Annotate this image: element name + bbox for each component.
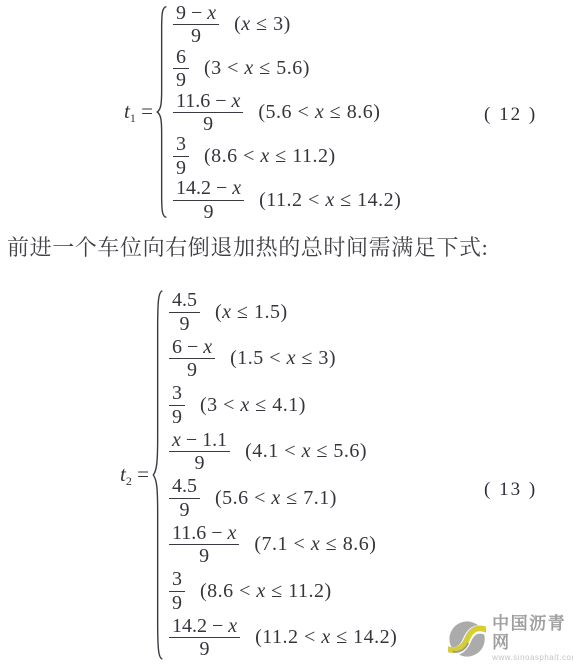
left-brace-icon: [151, 288, 165, 662]
equation-13-number: ( 13 ): [484, 479, 537, 501]
case-condition: (3 < x ≤ 5.6): [204, 57, 310, 80]
watermark: 中国沥青网 www.sinoasphalt.com: [448, 615, 573, 662]
case-condition: (7.1 < x ≤ 8.6): [254, 533, 376, 556]
fraction-numerator: 3: [169, 569, 185, 591]
fraction-numerator: 3: [173, 134, 189, 156]
piecewise-case: 39(3 < x ≤ 4.1): [169, 382, 397, 429]
fraction-numerator: 3: [169, 383, 185, 405]
fraction: 11.6 − x9: [169, 523, 239, 567]
fraction-denominator: 9: [169, 545, 239, 566]
fraction-numerator: 4.5: [169, 476, 200, 498]
fraction-numerator: 6: [173, 47, 189, 69]
fraction-denominator: 9: [173, 25, 219, 46]
equation-12-lhs: t1 =: [124, 99, 153, 126]
case-condition: (11.2 < x ≤ 14.2): [255, 626, 397, 649]
piecewise-case: 11.6 − x9(5.6 < x ≤ 8.6): [173, 91, 401, 135]
equation-13-cases: 4.59(x ≤ 1.5)6 − x9(1.5 < x ≤ 3)39(3 < x…: [169, 289, 397, 661]
fraction-denominator: 9: [173, 201, 244, 222]
fraction-denominator: 9: [173, 157, 189, 178]
piecewise-case: 6 − x9(1.5 < x ≤ 3): [169, 336, 397, 383]
fraction-denominator: 9: [173, 69, 189, 90]
case-condition: (4.1 < x ≤ 5.6): [245, 440, 367, 463]
fraction-denominator: 9: [169, 499, 200, 520]
fraction: 4.59: [169, 290, 200, 334]
piecewise-case: 4.59(5.6 < x ≤ 7.1): [169, 475, 397, 522]
equation-12-block: t1 = 9 − x9(x ≤ 3)69(3 < x ≤ 5.6)11.6 − …: [124, 3, 401, 222]
fraction: 14.2 − x9: [173, 178, 244, 222]
case-condition: (x ≤ 3): [234, 13, 291, 36]
fraction-numerator: 9 − x: [173, 3, 219, 25]
case-condition: (x ≤ 1.5): [215, 301, 288, 324]
fraction: 39: [169, 383, 185, 427]
fraction: 4.59: [169, 476, 200, 520]
fraction: 6 − x9: [169, 337, 215, 381]
fraction: 9 − x9: [173, 3, 219, 47]
fraction: 39: [169, 569, 185, 613]
case-condition: (5.6 < x ≤ 7.1): [215, 487, 337, 510]
fraction-denominator: 9: [169, 638, 240, 659]
piecewise-case: 4.59(x ≤ 1.5): [169, 289, 397, 336]
left-brace-icon: [155, 5, 169, 219]
fraction-denominator: 9: [169, 406, 185, 427]
fraction-numerator: 11.6 − x: [173, 91, 243, 113]
fraction: 11.6 − x9: [173, 91, 243, 135]
fraction-numerator: 11.6 − x: [169, 523, 239, 545]
watermark-site-url: www.sinoasphalt.com: [492, 653, 573, 662]
fraction-numerator: 14.2 − x: [173, 178, 244, 200]
fraction-denominator: 9: [169, 313, 200, 334]
equation-12-number: ( 12 ): [484, 104, 537, 126]
sinoasphalt-logo-icon: [448, 619, 486, 659]
case-condition: (3 < x ≤ 4.1): [200, 394, 306, 417]
case-condition: (11.2 < x ≤ 14.2): [259, 189, 401, 212]
fraction-denominator: 9: [173, 113, 243, 134]
case-condition: (8.6 < x ≤ 11.2): [200, 580, 332, 603]
fraction: 14.2 − x9: [169, 616, 240, 660]
fraction-denominator: 9: [169, 452, 230, 473]
fraction-numerator: x − 1.1: [169, 430, 230, 452]
piecewise-case: x − 1.19(4.1 < x ≤ 5.6): [169, 429, 397, 476]
case-condition: (5.6 < x ≤ 8.6): [258, 101, 380, 124]
watermark-text: 中国沥青网 www.sinoasphalt.com: [492, 615, 573, 662]
piecewise-case: 14.2 − x9(11.2 < x ≤ 14.2): [169, 615, 397, 662]
fraction: 69: [173, 47, 189, 91]
case-condition: (1.5 < x ≤ 3): [230, 347, 336, 370]
piecewise-case: 39(8.6 < x ≤ 11.2): [173, 134, 401, 178]
piecewise-case: 9 − x9(x ≤ 3): [173, 3, 401, 47]
fraction-denominator: 9: [169, 359, 215, 380]
equation-12-cases: 9 − x9(x ≤ 3)69(3 < x ≤ 5.6)11.6 − x9(5.…: [173, 3, 401, 222]
equation-13-lhs: t2 =: [120, 462, 149, 489]
fraction: x − 1.19: [169, 430, 230, 474]
fraction-numerator: 6 − x: [169, 337, 215, 359]
fraction: 39: [173, 134, 189, 178]
piecewise-case: 39(8.6 < x ≤ 11.2): [169, 568, 397, 615]
fraction-numerator: 4.5: [169, 290, 200, 312]
equation-13-block: t2 = 4.59(x ≤ 1.5)6 − x9(1.5 < x ≤ 3)39(…: [120, 288, 397, 662]
fraction-denominator: 9: [169, 592, 185, 613]
case-condition: (8.6 < x ≤ 11.2): [204, 145, 336, 168]
fraction-numerator: 14.2 − x: [169, 616, 240, 638]
piecewise-case: 69(3 < x ≤ 5.6): [173, 47, 401, 91]
body-text: 前进一个车位向右倒退加热的总时间需满足下式:: [7, 231, 488, 262]
watermark-site-name: 中国沥青网: [492, 615, 573, 652]
piecewise-case: 14.2 − x9(11.2 < x ≤ 14.2): [173, 178, 401, 222]
piecewise-case: 11.6 − x9(7.1 < x ≤ 8.6): [169, 522, 397, 569]
